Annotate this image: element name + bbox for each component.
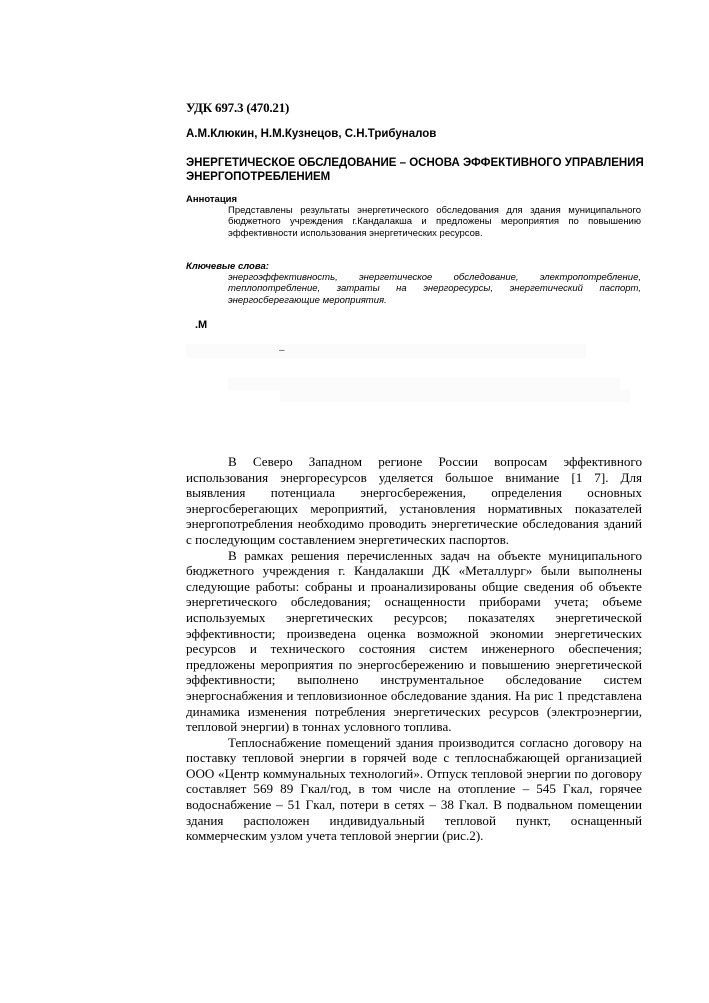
udk-code: УДК 697.3 (470.21)	[186, 100, 289, 116]
faded-text-block	[186, 344, 586, 358]
abstract-label: Аннотация	[186, 194, 237, 205]
body-paragraph: В Северо Западном регионе России вопроса…	[186, 454, 642, 548]
keywords-text: энергоэффективность, энергетическое обсл…	[228, 272, 641, 306]
body-paragraph: В рамках решения перечисленных задач на …	[186, 548, 642, 735]
body-text: В Северо Западном регионе России вопроса…	[186, 454, 642, 844]
faded-text-block	[280, 390, 630, 402]
abstract-text: Представлены результаты энергетического …	[228, 205, 641, 239]
body-paragraph: Теплоснабжение помещений здания производ…	[186, 735, 642, 844]
paper-title: ЭНЕРГЕТИЧЕСКОЕ ОБСЛЕДОВАНИЕ – ОСНОВА ЭФФ…	[186, 157, 646, 184]
keywords-label: Ключевые слова:	[186, 261, 269, 272]
authors: А.М.Клюкин, Н.М.Кузнецов, С.Н.Трибуналов	[186, 128, 436, 140]
faded-text-block	[228, 378, 620, 390]
stray-heading: .M	[195, 319, 207, 331]
faded-dash: –	[279, 345, 285, 356]
